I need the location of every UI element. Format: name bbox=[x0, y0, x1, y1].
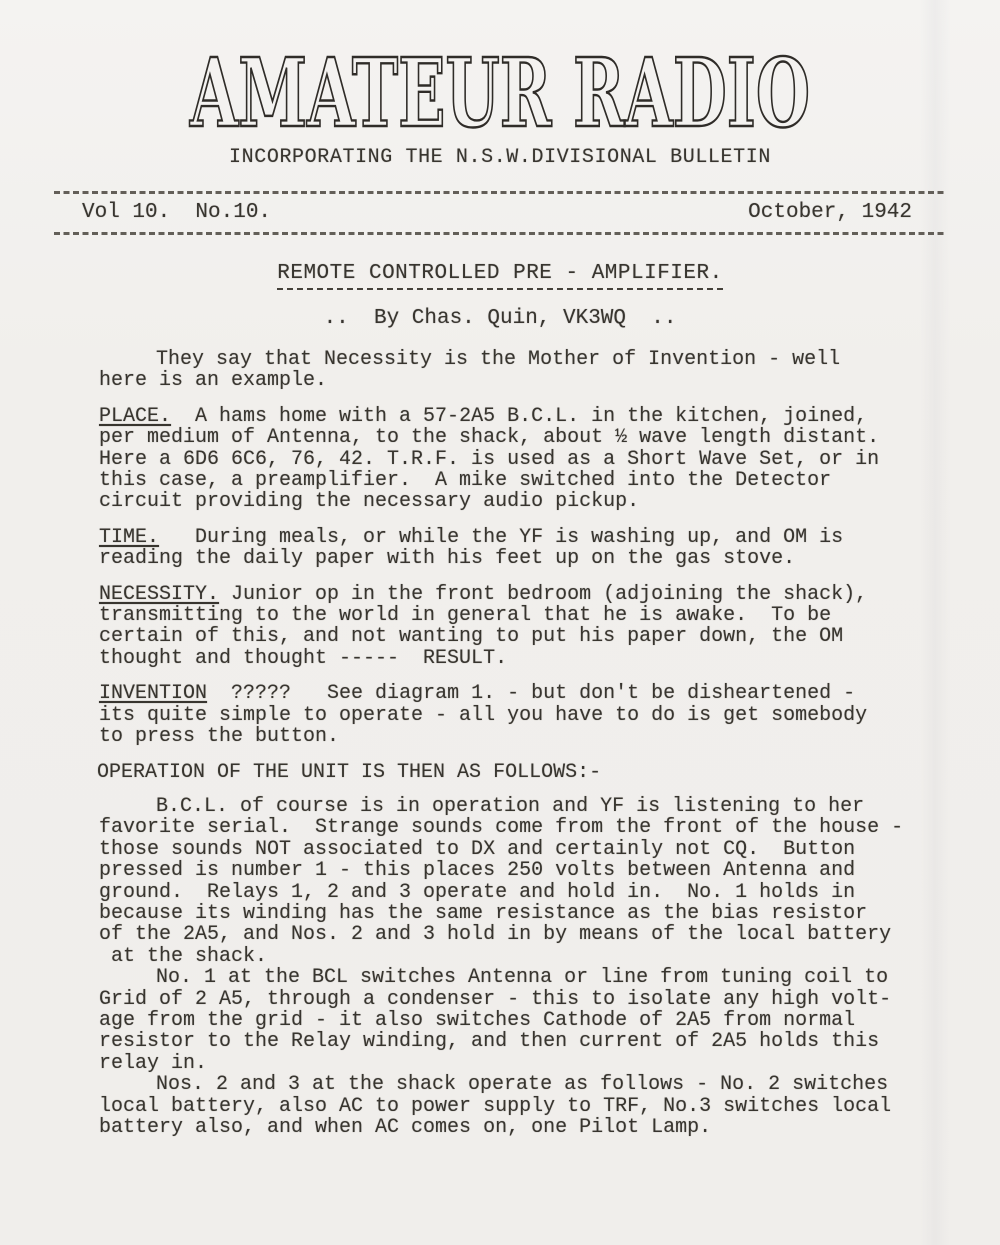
article-byline: .. By Chas. Quin, VK3WQ .. bbox=[0, 307, 1000, 330]
paragraph-operation-3: Nos. 2 and 3 at the shack operate as fol… bbox=[99, 1074, 921, 1138]
section-heading: OPERATION OF THE UNIT IS THEN AS FOLLOWS… bbox=[97, 762, 921, 783]
paragraph-text: They say that Necessity is the Mother of… bbox=[99, 348, 840, 392]
masthead: AMATEUR RADIO INCORPORATING THE N.S.W.DI… bbox=[0, 0, 1000, 169]
masthead-title: AMATEUR RADIO bbox=[189, 44, 810, 144]
paragraph-text: A hams home with a 57-2A5 B.C.L. in the … bbox=[99, 405, 879, 514]
paragraph-operation-2: No. 1 at the BCL switches Antenna or lin… bbox=[99, 967, 921, 1074]
article-title: REMOTE CONTROLLED PRE - AMPLIFIER. bbox=[277, 262, 722, 290]
bulletin-page: AMATEUR RADIO INCORPORATING THE N.S.W.DI… bbox=[0, 0, 1000, 1245]
paragraph-lead-invention: INVENTION bbox=[99, 682, 207, 705]
issue-line: Vol 10. No.10. October, 1942 bbox=[54, 201, 946, 224]
dashed-rule-top bbox=[54, 191, 946, 194]
paragraph-text: Nos. 2 and 3 at the shack operate as fol… bbox=[99, 1073, 891, 1139]
volume-number: Vol 10. No.10. bbox=[82, 201, 271, 224]
paragraph-text: ????? See diagram 1. - but don't be dish… bbox=[99, 682, 867, 748]
article-body: They say that Necessity is the Mother of… bbox=[99, 349, 921, 1138]
paragraph-intro: They say that Necessity is the Mother of… bbox=[99, 349, 921, 392]
dashed-rule-bottom bbox=[54, 232, 946, 235]
paragraph-place: PLACE. A hams home with a 57-2A5 B.C.L. … bbox=[99, 406, 921, 513]
paragraph-invention: INVENTION ????? See diagram 1. - but don… bbox=[99, 683, 921, 747]
paragraph-text: B.C.L. of course is in operation and YF … bbox=[99, 795, 903, 968]
paragraph-necessity: NECESSITY. Junior op in the front bedroo… bbox=[99, 584, 921, 670]
paragraph-lead-time: TIME. bbox=[99, 526, 159, 549]
paragraph-lead-necessity: NECESSITY. bbox=[99, 583, 219, 606]
paragraph-lead-place: PLACE. bbox=[99, 405, 171, 428]
issue-date: October, 1942 bbox=[748, 201, 912, 224]
masthead-title-lettering: AMATEUR RADIO bbox=[0, 44, 1000, 144]
paragraph-text: No. 1 at the BCL switches Antenna or lin… bbox=[99, 966, 891, 1075]
paragraph-text: During meals, or while the YF is washing… bbox=[99, 526, 843, 570]
masthead-subtitle: INCORPORATING THE N.S.W.DIVISIONAL BULLE… bbox=[0, 146, 1000, 169]
paragraph-operation-1: B.C.L. of course is in operation and YF … bbox=[99, 796, 921, 967]
paragraph-time: TIME. During meals, or while the YF is w… bbox=[99, 527, 921, 570]
